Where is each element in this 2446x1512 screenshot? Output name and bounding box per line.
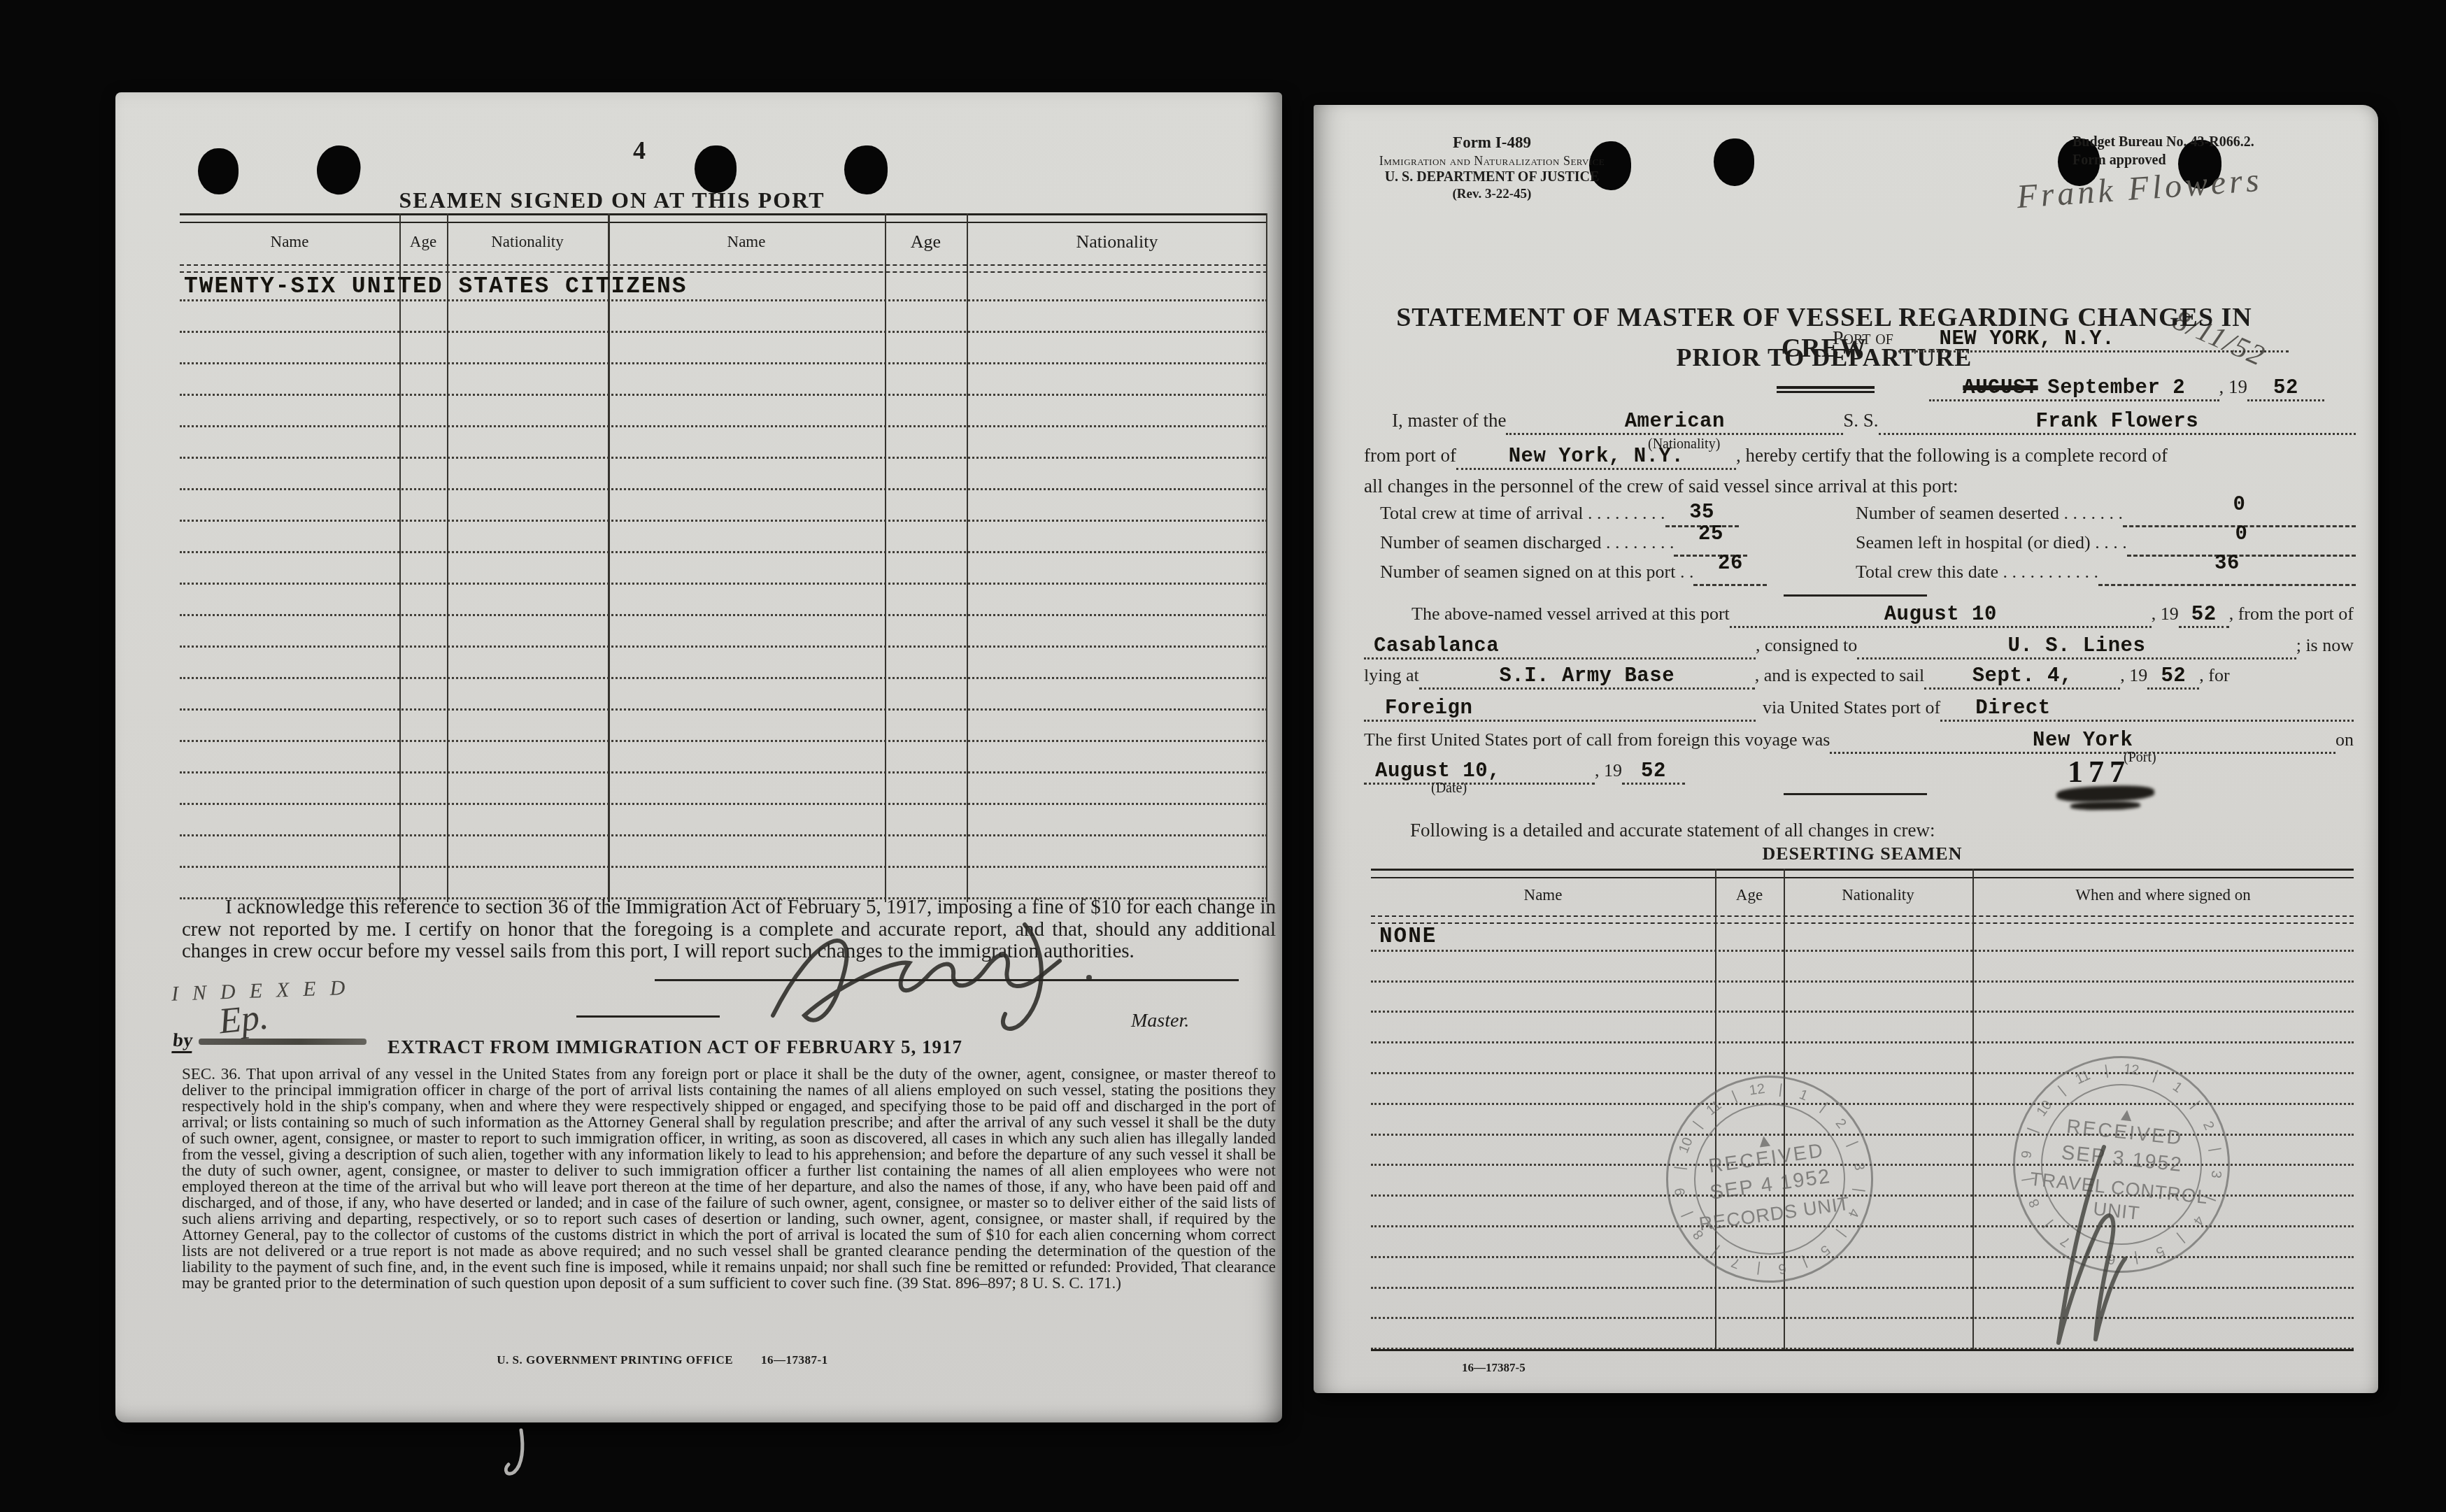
stat-label: Total crew at time of arrival . . . . . … [1380, 503, 1665, 524]
via-port-blank: Direct [1940, 697, 2354, 722]
table-bottom-rule [1371, 1349, 2354, 1351]
first-port-blank: New York [1830, 729, 2335, 754]
stamp-arrow-icon: ▲ [2117, 1106, 2137, 1122]
column-divider [967, 213, 968, 902]
revision-date: (Rev. 3-22-45) [1342, 186, 1642, 203]
budget-bureau-number: Budget Bureau No. 43-R066.2. [2072, 133, 2254, 151]
column-divider [1972, 869, 1974, 1349]
stamp-dial-tick: | [2203, 1140, 2224, 1160]
stat-value: 0 [2233, 493, 2246, 516]
table-row [180, 868, 1267, 899]
stat-value: 0 [2235, 522, 2247, 545]
col-header: Nationality [967, 231, 1267, 252]
struck-month: AUGUST [1963, 376, 2038, 399]
port-value: NEW YORK, N.Y. [1940, 327, 2115, 350]
table-row [1371, 952, 2354, 983]
gpo-footer-text: U. S. GOVERNMENT PRINTING OFFICE [497, 1353, 733, 1367]
page-stamp-number: 177 [2068, 754, 2131, 790]
stat-value-line: 0 [2127, 532, 2356, 557]
stamp-dial-tick: | [1771, 1081, 1790, 1103]
stat-value: 35 [1689, 501, 1714, 524]
stat-label: Number of seamen discharged . . . . . . … [1380, 532, 1674, 553]
punch-hole [695, 145, 737, 193]
table-row [1371, 1319, 2354, 1350]
table-row [1371, 1013, 2354, 1043]
stat-value-line: 26 [1693, 561, 1767, 586]
seamen-entry: TWENTY-SIX UNITED STATES CITIZENS [184, 273, 688, 299]
arrival-date-value: August 10 [1884, 603, 1997, 626]
table-row [180, 711, 1267, 742]
arrival-line-2: Casablanca , consigned to U. S. Lines ; … [1364, 634, 2354, 659]
right-page: Form I-489 Immigration and Naturalizatio… [1314, 105, 2378, 1393]
origin-port-value: Casablanca [1374, 634, 1499, 657]
table-row [180, 805, 1267, 836]
master-prefix: I, master of the [1392, 410, 1506, 432]
stamp-dial-number: 6 [1772, 1255, 1792, 1277]
arrival-text: , 19 [2152, 604, 2179, 625]
stamp-dial-number: 12 [2122, 1062, 2141, 1083]
from-port-line: from port of New York, N.Y. , hereby cer… [1364, 445, 2354, 470]
lying-at-blank: S.I. Army Base [1419, 664, 1755, 690]
section-rule [576, 1015, 720, 1018]
seamen-table-header: Name Age Nationality Name Age Nationalit… [180, 220, 1267, 264]
date-sublabel: (Date) [1431, 780, 1467, 797]
handwritten-name: Frank Flowers [2016, 161, 2264, 216]
stat-value: 25 [1698, 522, 1723, 545]
certify-text: , hereby certify that the following is a… [1736, 445, 2168, 466]
port-line: Port of NEW YORK, N.Y. [1833, 327, 2289, 352]
table-row [180, 836, 1267, 868]
stats-row: Number of seamen discharged . . . . . . … [1380, 532, 2356, 557]
table-row [180, 648, 1267, 679]
arrival-text: , from the port of [2229, 604, 2354, 625]
vessel-value: Frank Flowers [2035, 410, 2198, 433]
certify-text-line2: all changes in the personnel of the crew… [1364, 476, 1958, 497]
form-id-block: Form I-489 Immigration and Naturalizatio… [1342, 133, 1642, 203]
arrival-date-blank: August 10 [1730, 603, 2152, 628]
port-label: Port of [1833, 327, 1893, 350]
stamp-dial-tick: | [1749, 1256, 1768, 1278]
deserting-seamen-heading: DESERTING SEAMEN [1371, 843, 2354, 864]
table-row [180, 616, 1267, 648]
consignee-blank: U. S. Lines [1857, 634, 2296, 659]
arrival-text: , consigned to [1756, 635, 1857, 656]
destination-value: Foreign [1385, 697, 1472, 720]
stat-value: 36 [2214, 552, 2240, 575]
by-label: by [171, 1029, 194, 1053]
arrival-text: via United States port of [1763, 697, 1940, 718]
arrival-line-1: The above-named vessel arrived at this p… [1412, 603, 2354, 628]
stat-label: Seamen left in hospital (or died) . . . … [1856, 532, 2127, 553]
section-rule [1784, 793, 1927, 795]
first-port-date-blank: August 10, [1364, 759, 1595, 785]
sail-year-value: 52 [2161, 664, 2186, 687]
col-header: Age [1715, 886, 1784, 904]
first-port-date-value: August 10, [1375, 759, 1500, 783]
arrival-text: on [2335, 729, 2354, 750]
col-header: When and where signed on [1972, 886, 2354, 904]
arrival-text: , 19 [1595, 760, 1622, 781]
ss-label: S. S. [1843, 410, 1878, 432]
year-blank: 52 [2147, 664, 2199, 690]
date-blank: AUGUST September 2 [1929, 376, 2219, 401]
pencil-scrawl [2020, 1140, 2174, 1364]
master-line: I, master of the American S. S. Frank Fl… [1392, 410, 2356, 435]
stat-value: 26 [1718, 552, 1743, 575]
seamen-signed-title: SEAMEN SIGNED ON AT THIS PORT [346, 187, 878, 213]
first-port-year-value: 52 [1641, 759, 1666, 783]
lying-at-value: S.I. Army Base [1499, 664, 1674, 687]
column-divider [447, 213, 448, 902]
sail-date-value: Sept. 4, [1972, 664, 2072, 687]
port-blank: NEW YORK, N.Y. [1898, 327, 2289, 352]
received-records-stamp: ▲ RECEIVED SEP 4 1952 RECORDS UNIT 12|1|… [1653, 1062, 1886, 1296]
first-port-value: New York [2033, 729, 2133, 752]
form-footer-code: 16—17387-5 [1462, 1361, 1526, 1375]
destination-blank: Foreign [1364, 697, 1756, 722]
arrival-line-4: Foreign via United States port of Direct [1364, 697, 2354, 722]
punch-hole [1714, 138, 1754, 186]
col-header: Nationality [1784, 886, 1972, 904]
deserting-table-header: Name Age Nationality When and where sign… [1371, 875, 2354, 915]
table-row [1371, 983, 2354, 1013]
stamp-dial-tick: | [1672, 1159, 1693, 1178]
stat-value-line: 36 [2098, 561, 2356, 586]
stat-label: Total crew this date . . . . . . . . . .… [1856, 562, 2098, 583]
column-divider [399, 213, 401, 902]
page-number: 4 [633, 136, 646, 165]
arrival-text: , 19 [2120, 665, 2147, 686]
arrival-text: The above-named vessel arrived at this p… [1412, 604, 1730, 625]
date-value: September 2 [2047, 376, 2185, 399]
title-rule [1777, 386, 1875, 393]
nationality-blank: American [1506, 410, 1843, 435]
seamen-table-body [180, 270, 1267, 899]
table-row [180, 333, 1267, 364]
year-blank: 52 [2247, 376, 2324, 401]
vessel-blank: Frank Flowers [1879, 410, 2356, 435]
following-statement: Following is a detailed and accurate sta… [1410, 820, 1935, 841]
signature-rule [655, 979, 1239, 981]
stamp-dial-number: 9 [1672, 1182, 1693, 1201]
ink-smudge [2070, 801, 2140, 811]
col-header: Name [608, 233, 885, 251]
table-row [1371, 1289, 2354, 1320]
master-signature [731, 911, 1151, 1043]
col-header: Name [1371, 886, 1715, 904]
via-port-value: Direct [1975, 697, 2050, 720]
stamp-dial-number: 3 [1846, 1157, 1868, 1177]
form-number: Form I-489 [1342, 133, 1642, 153]
deserting-entry: NONE [1379, 925, 1437, 949]
agency-name: Immigration and Naturalization Service [1342, 153, 1642, 169]
year-blank: 52 [1622, 759, 1685, 785]
gpo-footer: U. S. GOVERNMENT PRINTING OFFICE16—17387… [446, 1353, 879, 1367]
year-prefix: , 19 [2219, 376, 2248, 398]
arrival-year-value: 52 [2191, 603, 2217, 626]
table-row [180, 553, 1267, 585]
stamp-dial-tick: | [2097, 1062, 2117, 1083]
table-row [180, 585, 1267, 616]
department-name: U. S. DEPARTMENT OF JUSTICE [1342, 169, 1642, 186]
table-row [1371, 921, 2354, 952]
date-line: AUGUST September 2 , 19 52 [1929, 376, 2324, 401]
column-divider [608, 213, 610, 902]
sail-date-blank: Sept. 4, [1924, 664, 2120, 690]
table-row [180, 679, 1267, 711]
extract-body: SEC. 36. That upon arrival of any vessel… [182, 1066, 1276, 1291]
stamp-dial-number: 12 [1748, 1081, 1768, 1103]
table-row [180, 522, 1267, 553]
table-row [180, 301, 1267, 333]
col-header: Nationality [447, 233, 608, 251]
arrival-line-6: August 10, , 19 52 [1364, 759, 1756, 785]
table-row [180, 364, 1267, 396]
origin-port-blank: Casablanca [1364, 634, 1756, 659]
col-header: Age [885, 231, 967, 252]
consignee-value: U. S. Lines [2007, 634, 2145, 657]
arrival-text: , for [2199, 665, 2229, 686]
stats-row: Number of seamen signed on at this port … [1380, 561, 2356, 586]
col-header: Name [180, 233, 399, 251]
arrival-line-3: lying at S.I. Army Base , and is expecte… [1364, 664, 2354, 690]
stamp-dial-tick: | [1847, 1181, 1868, 1199]
arrival-text: , and is expected to sail [1755, 665, 1925, 686]
year-value: 52 [2273, 376, 2298, 399]
column-divider [885, 213, 886, 902]
arrival-text: ; is now [2296, 635, 2354, 656]
seamen-table: Name Age Nationality Name Age Nationalit… [180, 213, 1267, 902]
left-page: 4 SEAMEN SIGNED ON AT THIS PORT Name Age… [115, 92, 1282, 1422]
table-row [180, 459, 1267, 490]
arrival-line-5: The first United States port of call fro… [1364, 729, 2354, 754]
stat-label: Number of seamen signed on at this port … [1380, 562, 1693, 583]
punch-hole [198, 148, 239, 194]
from-port-value: New York, N.Y. [1509, 445, 1684, 468]
arrival-text: The first United States port of call fro… [1364, 729, 1830, 750]
gpo-footer-code: 16—17387-1 [761, 1353, 828, 1367]
extract-heading: EXTRACT FROM IMMIGRATION ACT OF FEBRUARY… [290, 1036, 1060, 1058]
stats-row: Total crew at time of arrival . . . . . … [1380, 502, 2356, 527]
col-header: Age [399, 233, 447, 251]
stat-label: Number of seamen deserted . . . . . . . [1856, 503, 2123, 524]
year-blank: 52 [2179, 603, 2229, 628]
table-row [180, 490, 1267, 522]
from-port-blank: New York, N.Y. [1456, 445, 1736, 470]
section-rule [1784, 594, 1927, 597]
arrival-text: lying at [1364, 665, 1419, 686]
stamp-dial-number: 3 [2203, 1165, 2224, 1184]
nationality-value: American [1625, 410, 1725, 433]
table-row [180, 396, 1267, 427]
scan-artifact [500, 1427, 535, 1483]
from-port-prefix: from port of [1364, 445, 1456, 466]
table-row [180, 742, 1267, 773]
table-row [180, 773, 1267, 805]
master-label: Master. [1131, 1010, 1189, 1032]
column-divider [1266, 213, 1267, 902]
table-row [180, 427, 1267, 459]
